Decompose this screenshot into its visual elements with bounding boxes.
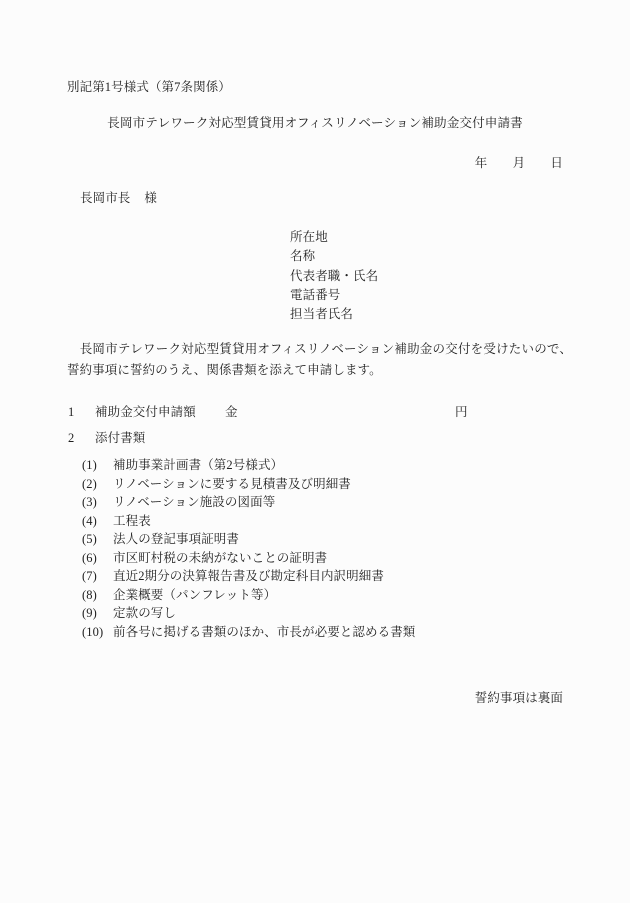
- section-number: 2: [68, 430, 74, 446]
- amount-suffix: 円: [455, 404, 468, 420]
- attachment-number: (6): [82, 549, 113, 568]
- attachment-item: (1)補助事業計画書（第2号様式）: [0, 456, 630, 475]
- form-code: 別記第1号様式（第7条関係）: [67, 79, 231, 95]
- attachment-number: (4): [82, 512, 113, 531]
- attachment-text: リノベーション施設の図面等: [113, 495, 275, 509]
- attachment-item: (5)法人の登記事項証明書: [0, 530, 630, 549]
- recipient-line: 長岡市長様: [80, 190, 157, 206]
- attachment-number: (10): [82, 623, 113, 642]
- section-number: 1: [68, 404, 74, 420]
- applicant-field-address: 所在地: [290, 228, 378, 247]
- section-label: 添付書類: [95, 430, 145, 446]
- attachment-text: リノベーションに要する見積書及び明細書: [113, 477, 351, 491]
- attachment-number: (3): [82, 493, 113, 512]
- attachment-item: (9)定款の写し: [0, 604, 630, 623]
- section-grant-amount: 1 補助金交付申請額 金 円: [0, 404, 630, 420]
- attachment-text: 工程表: [113, 514, 151, 528]
- attachment-text: 補助事業計画書（第2号様式）: [113, 458, 283, 472]
- attachment-text: 定款の写し: [113, 606, 176, 620]
- attachment-number: (7): [82, 567, 113, 586]
- attachment-item: (3)リノベーション施設の図面等: [0, 493, 630, 512]
- attachment-text: 前各号に掲げる書類のほか、市長が必要と認める書類: [113, 625, 415, 639]
- applicant-info-block: 所在地 名称 代表者職・氏名 電話番号 担当者氏名: [290, 228, 378, 324]
- attachments-list: (1)補助事業計画書（第2号様式） (2)リノベーションに要する見積書及び明細書…: [0, 456, 630, 641]
- applicant-field-name: 名称: [290, 247, 378, 266]
- applicant-field-rep: 代表者職・氏名: [290, 267, 378, 286]
- section-label: 補助金交付申請額: [95, 404, 196, 420]
- application-statement: 長岡市テレワーク対応型賃貸用オフィスリノベーション補助金の交付を受けたいので、誓…: [67, 339, 572, 380]
- attachment-number: (9): [82, 604, 113, 623]
- applicant-field-contact: 担当者氏名: [290, 305, 378, 324]
- attachment-text: 法人の登記事項証明書: [113, 532, 239, 546]
- attachment-number: (2): [82, 475, 113, 494]
- section-attachments-header: 2 添付書類: [0, 430, 630, 446]
- date-line: 年 月 日: [475, 155, 563, 171]
- attachment-number: (8): [82, 586, 113, 605]
- attachment-item: (6)市区町村税の未納がないことの証明書: [0, 549, 630, 568]
- attachment-item: (4)工程表: [0, 512, 630, 531]
- application-form-page: 別記第1号様式（第7条関係） 長岡市テレワーク対応型賃貸用オフィスリノベーション…: [0, 0, 630, 903]
- document-title: 長岡市テレワーク対応型賃貸用オフィスリノベーション補助金交付申請書: [0, 115, 630, 131]
- attachment-text: 市区町村税の未納がないことの証明書: [113, 551, 327, 565]
- attachment-item: (10)前各号に掲げる書類のほか、市長が必要と認める書類: [0, 623, 630, 642]
- attachment-item: (7)直近2期分の決算報告書及び勘定科目内訳明細書: [0, 567, 630, 586]
- attachment-text: 企業概要（パンフレット等）: [113, 588, 276, 602]
- attachment-item: (8)企業概要（パンフレット等）: [0, 586, 630, 605]
- recipient-honorific: 様: [144, 191, 157, 205]
- attachment-text: 直近2期分の決算報告書及び勘定科目内訳明細書: [113, 569, 384, 583]
- recipient-name: 長岡市長: [80, 191, 130, 205]
- amount-prefix: 金: [225, 404, 238, 420]
- attachment-number: (5): [82, 530, 113, 549]
- attachment-item: (2)リノベーションに要する見積書及び明細書: [0, 475, 630, 494]
- applicant-field-phone: 電話番号: [290, 286, 378, 305]
- footer-note: 誓約事項は裏面: [475, 690, 563, 706]
- attachment-number: (1): [82, 456, 113, 475]
